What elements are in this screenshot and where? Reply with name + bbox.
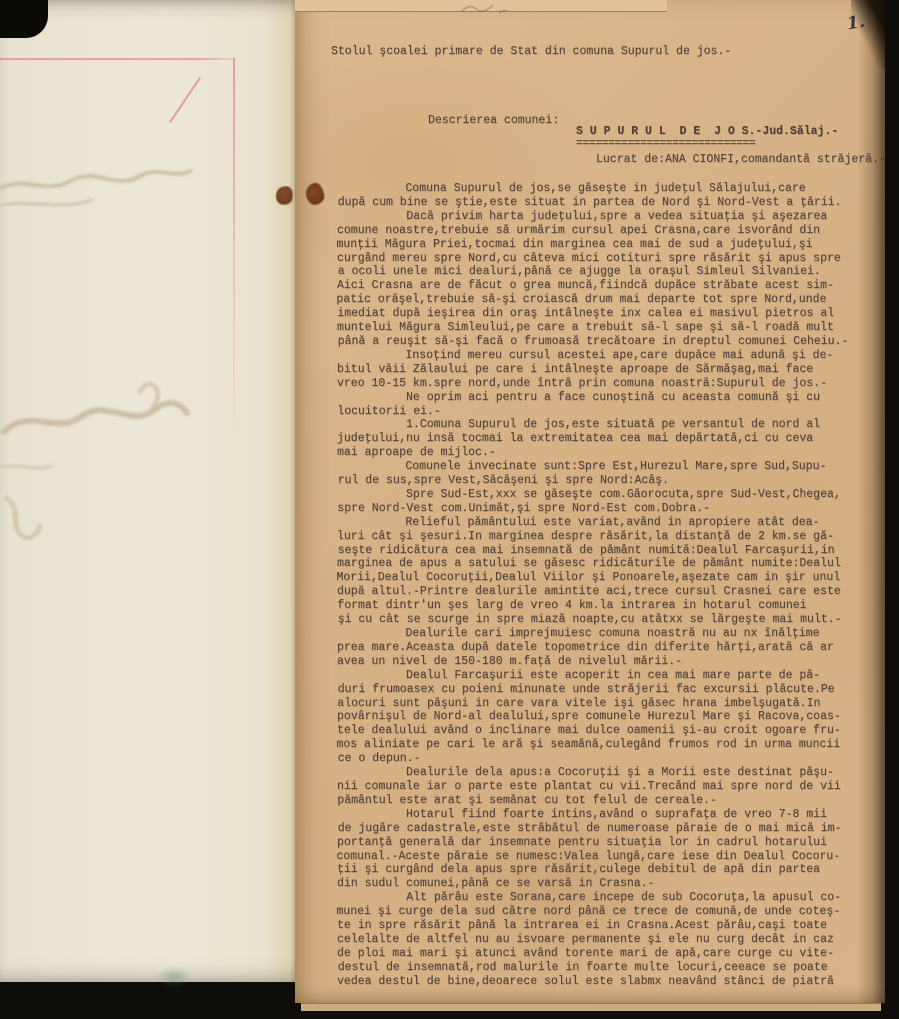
typed-line: destul de insemnată,rod malurile in foar… [338,961,849,975]
typed-line: rul de sus,spre Vest,Săcăşeni şi spre No… [338,474,849,488]
typed-line: Dacă privim harta judeţului,spre a vedea… [337,210,848,224]
typed-line: pământul este arat şi semănat cu tot fel… [337,794,848,808]
typed-line: povârnişul de Nord-al dealului,spre comu… [337,710,848,724]
typed-line: judeţului,nu insă tocmai la extremitatea… [337,432,848,446]
typed-line: locuitorii ei.- [337,405,848,419]
typed-line: imediat după ieşirea din oraş intâlneşte… [337,307,848,321]
underlying-page-bottom-edge [301,1003,881,1011]
typed-line: şi cu cât se scurge in spre miază noapte… [338,613,849,627]
typed-document-page: 1. Stolul şcoalei primare de Stat din co… [295,0,885,1003]
typed-line: Comuna Supurul de jos,se găseşte in jude… [336,182,847,196]
typed-line: după altul.-Printre dealurile amintite a… [337,585,848,599]
page-number: 1. [846,12,867,35]
typed-line: muntelui Măgura Simleului,pe care a treb… [337,321,848,335]
typed-line: duri frumoasex cu poieni minunate unde s… [338,683,849,697]
typed-line: bitul văii Zălaului pe care i intâlneşte… [337,363,848,377]
typed-line: marginea de apus a satului se găsesc rid… [337,557,848,571]
typed-line: munţii Măgura Priei,tocmai din marginea … [336,238,847,252]
ink-bleedthrough-handwriting [0,0,298,982]
typed-line: comune noastre,trebuie să urmărim cursul… [337,224,848,238]
typed-line: vedea destul de bine,deoarece solul este… [337,975,848,989]
typed-line: Comunele invecinate sunt:Spre Est,Hurezu… [336,460,847,474]
pencil-stroke [461,5,507,13]
typed-line: Alt părâu este Sorana,care incepe de sub… [337,891,848,905]
handwriting-stroke [4,403,187,432]
typed-line: vreo 10-15 km.spre nord,unde întră prin … [337,377,848,391]
typed-line: Dealurile cari imprejmuiesc comuna noast… [336,627,847,641]
handwriting-stroke [0,171,190,192]
typed-line: din sudul comunei,până ce se varsă in Cr… [337,877,848,891]
typed-line: te in spre răsărit până la intrarea ei i… [337,919,848,933]
handwriting-stroke [0,466,52,468]
typed-line: Ne oprim aci pentru a face cunoştină cu … [337,391,848,405]
typed-line: ţii şi curgând dela apus spre răsărit,cu… [337,863,848,877]
typed-line: spre Nord-Vest com.Unimăt,şi spre Nord-E… [337,502,848,516]
handwriting-stroke [6,498,40,538]
typed-line: tele dealului având o inclinare mai dulc… [337,724,848,738]
typed-line: curgând mereu spre Nord,cu câteva mici c… [337,252,848,266]
typed-line: mos aliniate pe cari le ară şi seamănă,c… [336,738,847,752]
author-line: Lucrat de:ANA CIONFI,comandantă străjeră… [596,153,886,166]
typed-line: de ploi mai mari şi atunci având torente… [337,947,848,961]
typed-line: de jugăre cadastrale,este străbătul de n… [338,822,849,836]
typed-line: luri cât şi şesuri.In marginea despre ră… [337,530,848,544]
typed-line: nii comunale iar o parte este plantat cu… [337,780,848,794]
typed-line: Dealurile dela apus:a Cocoruţii şi a Mor… [337,766,848,780]
typed-line: Aici Crasna are de făcut o grea muncă,fi… [337,279,848,293]
scanned-archive-spread: 1. Stolul şcoalei primare de Stat din co… [0,0,899,1019]
ink-stain [305,182,326,206]
typed-line: a ocoli unele mici dealuri,până ce ajugg… [338,265,849,279]
typed-line: patic orăşel,trebuie să-şi croiască drum… [336,293,847,307]
typed-line: Morii,Dealul Cocoruţii,Dealul Viilor şi … [336,571,847,585]
typed-line: după cum bine se ştie,este situat in par… [338,196,849,210]
pencil-smudge [156,966,192,988]
typed-line: comunal.-Aceste păraie se numesc:Valea l… [336,850,847,864]
typed-line: Insoţind mereu cursul acestei ape,care d… [336,349,847,363]
typed-line: Spre Sud-Est,xxx se găseşte com.Găorocut… [337,488,848,502]
typed-line: Hotarul fiind foarte intins,având o supr… [337,808,848,822]
handwriting-stroke [0,200,92,207]
typed-line: prea mare.Aceasta după datele topometric… [337,641,848,655]
page-right-edge-shadow [857,0,885,1003]
typed-line: format dintr'un şes larg de vreo 4 km.la… [337,599,848,613]
typed-body: Comuna Supurul de jos,se găseşte in jude… [337,182,848,989]
typed-line: portanţă generală dar insemnate pentru s… [337,836,848,850]
typed-line: Relieful pământului este variat,având in… [336,516,847,530]
typed-line: munei şi curge dela sud către nord până … [336,905,847,919]
pencil-mark [295,0,555,24]
typed-line: celelalte de altfel nu au isvoare perman… [337,933,848,947]
section-label: Descrierea comunei: [428,114,559,127]
typed-line: 1.Comuna Supurul de jos,este situată pe … [337,418,848,432]
typed-line: alocuri sunt păşuni in care vara vitele … [337,697,848,711]
archive-header-line: Stolul şcoalei primare de Stat din comun… [331,45,731,58]
typed-line: mai aproape de mijloc.- [337,446,848,460]
typed-line: până a reuşit să-şi facă o frumoasă trec… [338,335,849,349]
typed-line: avea un nivel de 150-180 m.faţă de nivel… [337,655,848,669]
typed-line: Dealul Farcaşurii este acoperit in cea m… [337,669,848,683]
left-blank-page [0,0,298,982]
title-underline: ============================ [576,137,755,150]
typed-line: seşte ridicătura cea mai insemnată de pă… [338,544,849,558]
typed-line: ce o depun.- [338,752,849,766]
